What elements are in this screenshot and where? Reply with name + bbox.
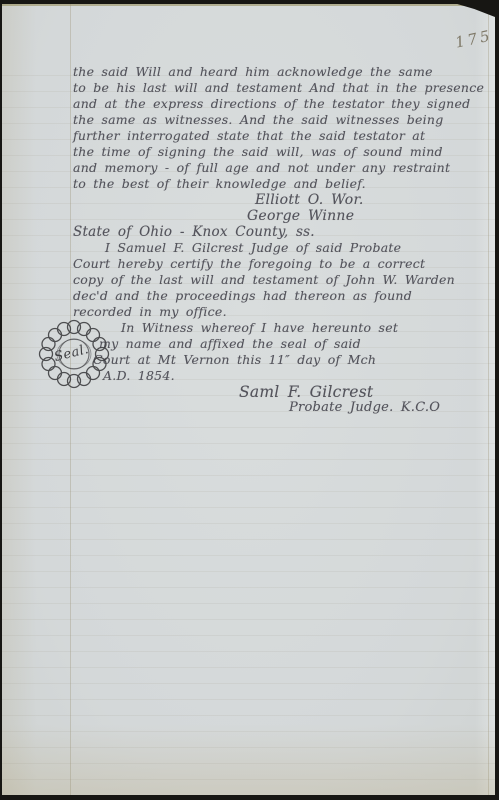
body-line: and memory - of full age and not under a… [73,160,489,176]
body-line: the same as witnesses. And the said witn… [73,112,489,128]
certification-line: dec'd and the proceedings had thereon as… [73,288,489,304]
certification-line: recorded in my office. [73,304,489,320]
certification-line: I Samuel F. Gilcrest Judge of said Proba… [105,240,489,256]
page-fold-line-left [70,4,71,795]
body-line: the said Will and heard him acknowledge … [73,64,489,80]
judge-signature: Saml F. Gilcrest [239,384,489,400]
body-line: further interrogated state that the said… [73,128,489,144]
judge-title: Probate Judge. K.C.O [289,400,489,416]
body-line: and at the express directions of the tes… [73,96,489,112]
body-line: the time of signing the said will, was o… [73,144,489,160]
body-line: to be his last will and testament And th… [73,80,489,96]
attestation-line: A.D. 1854. [103,368,489,384]
book-page-photo: 175 the said Will and heard him acknowle… [0,0,499,800]
certification-line: Court hereby certify the foregoing to be… [73,256,489,272]
notary-seal: Seal. [36,318,114,392]
body-line: to the best of their knowledge and belie… [73,176,489,192]
handwritten-text-block: the said Will and heard him acknowledge … [73,64,489,416]
jurat-heading: State of Ohio - Knox County, ss. [73,224,489,240]
witness-signature: George Winne [247,208,489,224]
attestation-line: Court at Mt Vernon this 11″ day of Mch [93,352,489,368]
certification-line: copy of the last will and testament of J… [73,272,489,288]
witness-signature: Elliott O. Wor. [255,192,489,208]
attestation-line: my name and affixed the seal of said [99,336,489,352]
attestation-line: In Witness whereof I have hereunto set [121,320,489,336]
ledger-paper: 175 the said Will and heard him acknowle… [2,4,495,795]
